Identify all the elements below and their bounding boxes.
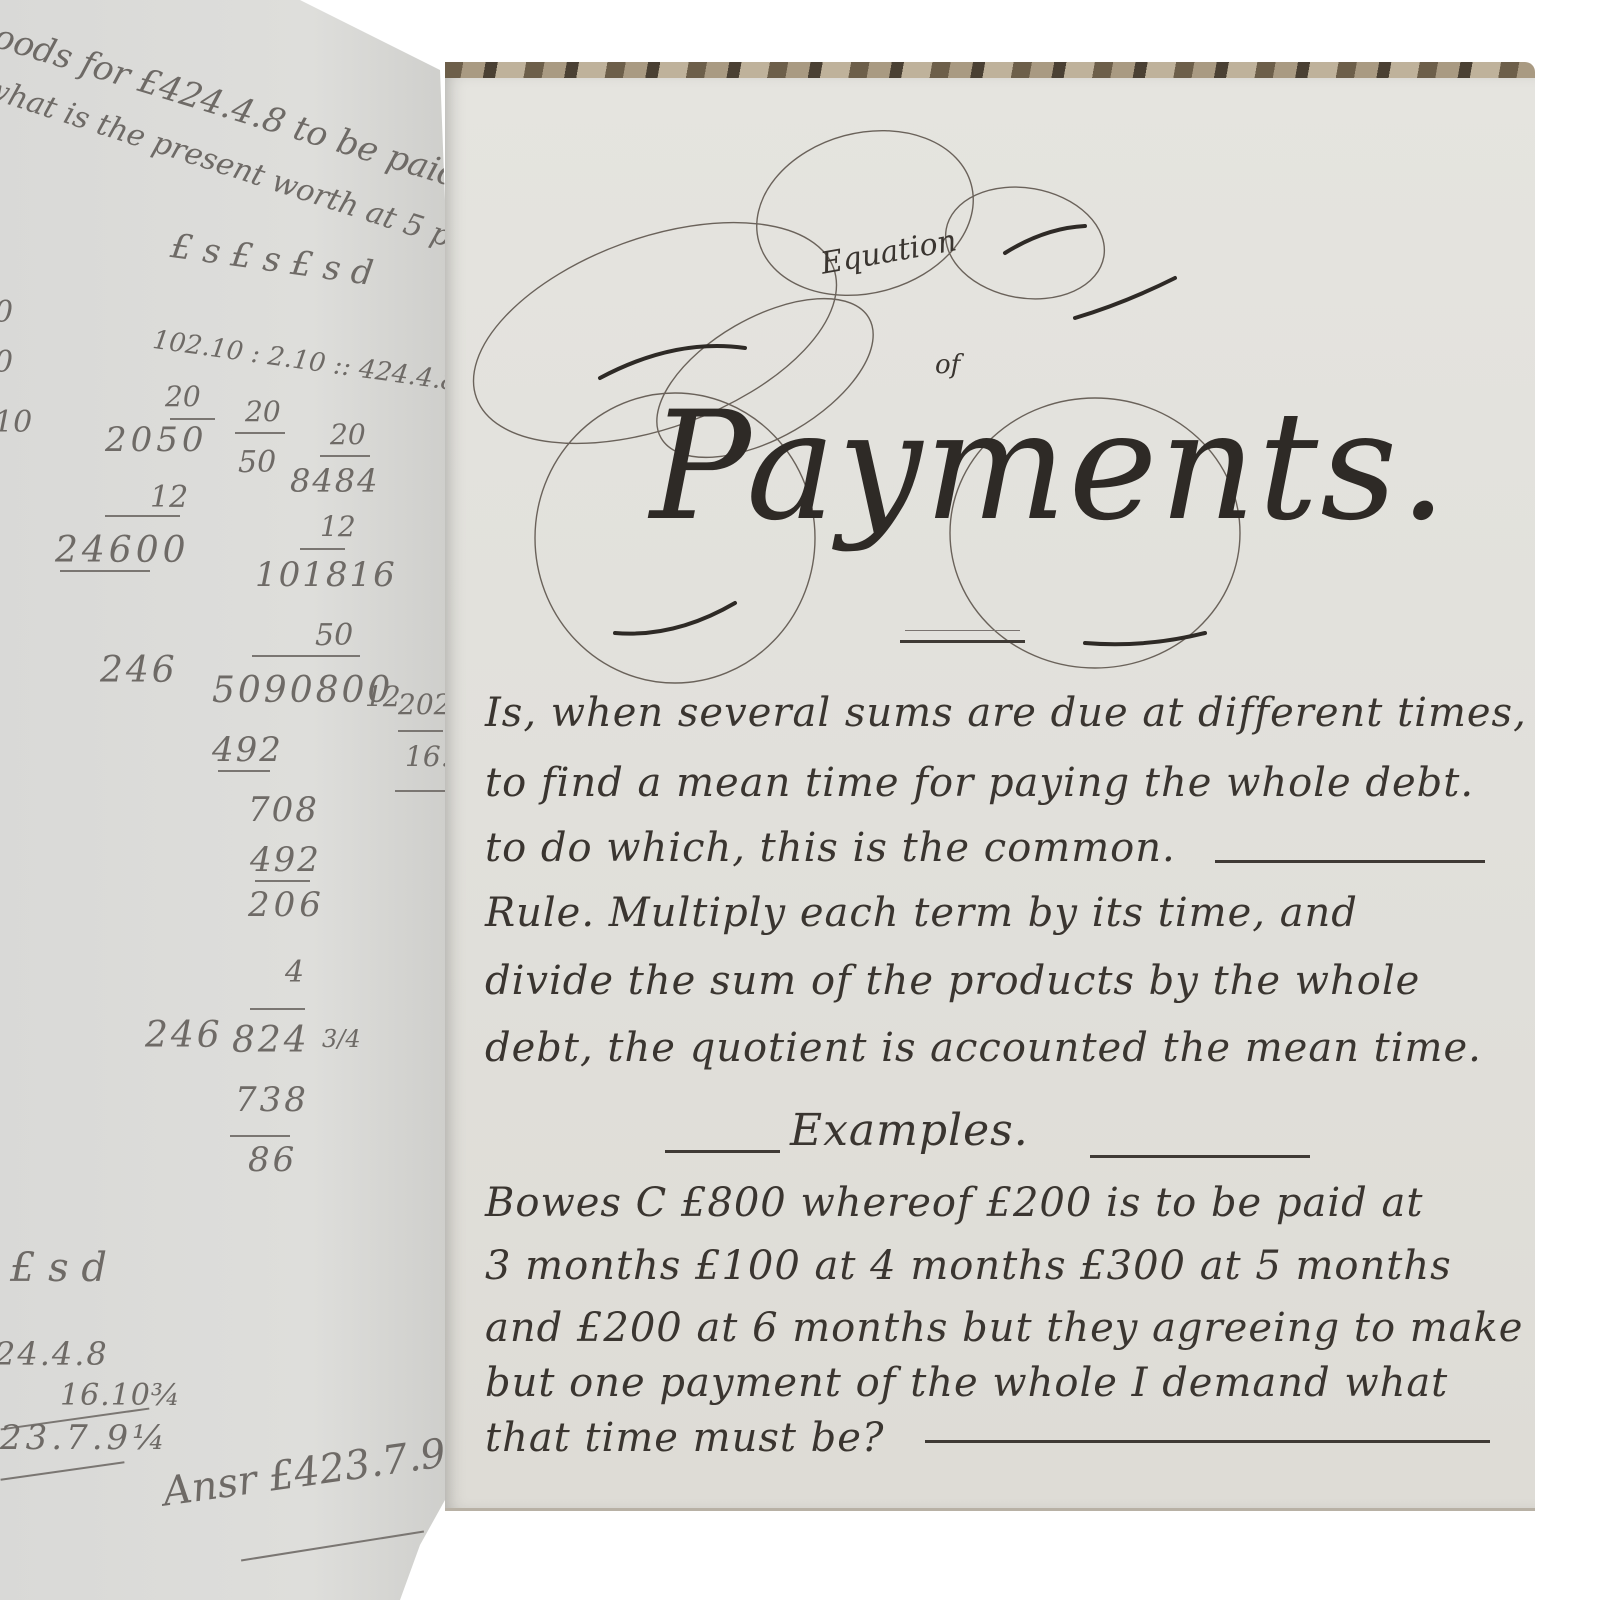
working-2050: 2050 [105,420,208,460]
division1-side: 12 [365,680,401,713]
left-page: goods for £424.4.8 to be paid 6 months w… [0,0,445,1600]
working-12a: 12 [150,480,188,515]
rule [252,655,360,657]
rule [230,1135,290,1137]
rule [105,515,180,517]
rule [255,880,310,882]
title-divider [900,640,1025,643]
examples-rule-right [1090,1155,1310,1158]
definition-line: to find a mean time for paying the whole… [485,760,1474,806]
fill-line [1215,860,1485,863]
examples-rule-left [665,1150,780,1153]
example-line: and £200 at 6 months but they agreeing t… [485,1305,1523,1351]
working-20c: 20 [330,418,366,451]
division1-divisor: 246 [100,650,178,691]
working-50: 50 [238,445,276,480]
rule [0,1461,124,1480]
proportion-units: £ s £ s £ s d [168,226,375,294]
example-line: Bowes C £800 whereof £200 is to be paid … [485,1180,1423,1226]
division1-step: 708 [248,790,319,830]
rule [235,432,285,434]
division1-step: 492 [250,840,321,880]
division2-step: 86 [248,1140,297,1180]
title-of: of [935,350,960,380]
working-8484: 8484 [290,462,379,500]
division2-step: 738 [235,1080,309,1120]
definition-line: Is, when several sums are due at differe… [485,690,1527,736]
rule [398,730,443,732]
division2-divisor: 246 [145,1015,223,1056]
division1-step: 492 [212,730,283,770]
title-divider [905,630,1020,631]
rule [300,548,345,550]
working-101816: 101816 [255,555,397,595]
working-20b: 20 [245,395,281,428]
working-20a: 20 [165,380,201,413]
division1-side-result: 202 [398,688,451,721]
division2-remainder: 3/4 [322,1025,361,1053]
examples-heading: Examples. [790,1105,1029,1156]
margin-digit: 0 [0,345,13,380]
rule-line: divide the sum of the products by the wh… [485,958,1420,1004]
example-line: 3 months £100 at 4 months £300 at 5 mont… [485,1243,1452,1289]
rule-line: debt, the quotient is accounted the mean… [485,1025,1482,1071]
answer: Ansr £423.7.9¼ [160,1425,487,1516]
example-line: but one payment of the whole I demand wh… [485,1360,1448,1406]
rule [395,790,445,792]
division1-above: 50 [315,618,353,653]
subtraction-minuend: 24.4.8 [0,1335,109,1373]
rule-line: Rule. Multiply each term by its time, an… [485,890,1358,936]
working-12b: 12 [320,510,356,543]
subtraction-result: 23.7.9¼ [0,1418,169,1458]
margin-digit: 10 [0,405,32,440]
fill-line [925,1440,1490,1443]
margin-digit: 0 [0,295,13,330]
definition-line: to do which, this is the common. [485,825,1176,871]
rule [320,455,370,457]
rule [218,770,270,772]
division1-step: 206 [248,885,325,925]
example-line: that time must be? [485,1415,884,1461]
subtraction-subtrahend: 16.10¾ [60,1378,181,1413]
answer-underline [241,1531,424,1562]
title-payments: Payments. [650,380,1449,554]
division2-above: 4 [285,955,304,990]
working-24600: 24600 [55,530,190,571]
division2-dividend: 824 [232,1020,310,1061]
subtraction-units: £ s d [10,1245,107,1291]
rule [250,1008,305,1010]
rule [60,570,150,572]
